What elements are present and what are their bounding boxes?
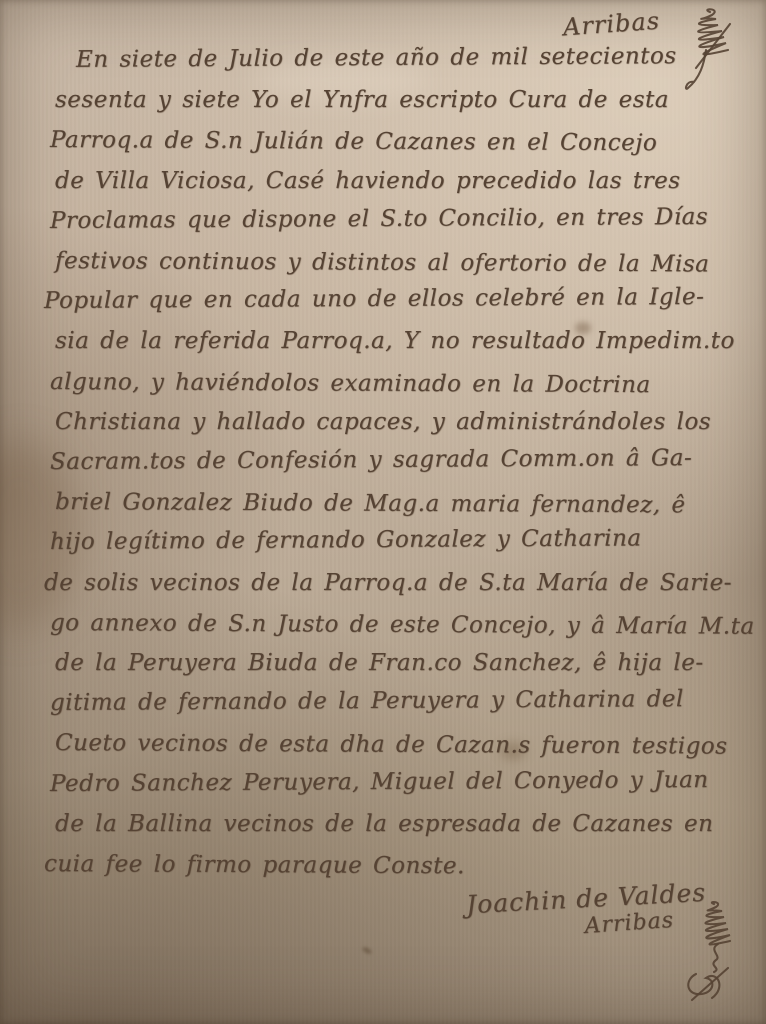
manuscript-line: Christiana y hallado capaces, y administ… [55, 402, 742, 442]
signature-block: Joachin de Valdes Arribas [466, 884, 736, 940]
rubric-flourish-icon [678, 900, 742, 1004]
manuscript-line: sesenta y siete Yo el Ynfra escripto Cur… [55, 80, 742, 120]
manuscript-line: de la Ballina vecinos de la espresada de… [55, 804, 742, 844]
manuscript-line: de Villa Viciosa, Casé haviendo precedid… [55, 161, 742, 201]
manuscript-line: de solis vecinos de la Parroq.a de S.ta … [44, 563, 742, 603]
manuscript-line: Popular que en cada uno de ellos celebré… [44, 277, 742, 321]
manuscript-line: sia de la referida Parroq.a, Y no result… [55, 321, 742, 361]
manuscript-line: hijo legítimo de fernando Gonzalez y Cat… [50, 518, 742, 562]
manuscript-line: go annexo de S.n Justo de este Concejo, … [50, 603, 742, 647]
manuscript-line: de la Peruyera Biuda de Fran.co Sanchez,… [55, 643, 742, 683]
manuscript-line: Sacram.tos de Confesión y sagrada Comm.o… [50, 438, 742, 482]
manuscript-text: En siete de Julio de este año de mil set… [50, 40, 742, 884]
paper-stain [361, 946, 372, 955]
manuscript-line: alguno, y haviéndolos examinado en la Do… [50, 362, 742, 406]
manuscript-line: Proclamas que dispone el S.to Concilio, … [50, 197, 742, 241]
manuscript-line: Parroq.a de S.n Julián de Cazanes en el … [50, 120, 742, 164]
manuscript-page: Arribas En siete de Julio de este año de… [0, 0, 766, 1024]
manuscript-line: En siete de Julio de este año de mil set… [50, 36, 742, 80]
manuscript-line: Pedro Sanchez Peruyera, Miguel del Conye… [50, 759, 742, 803]
manuscript-line: gitima de fernando de la Peruyera y Cath… [50, 679, 742, 723]
